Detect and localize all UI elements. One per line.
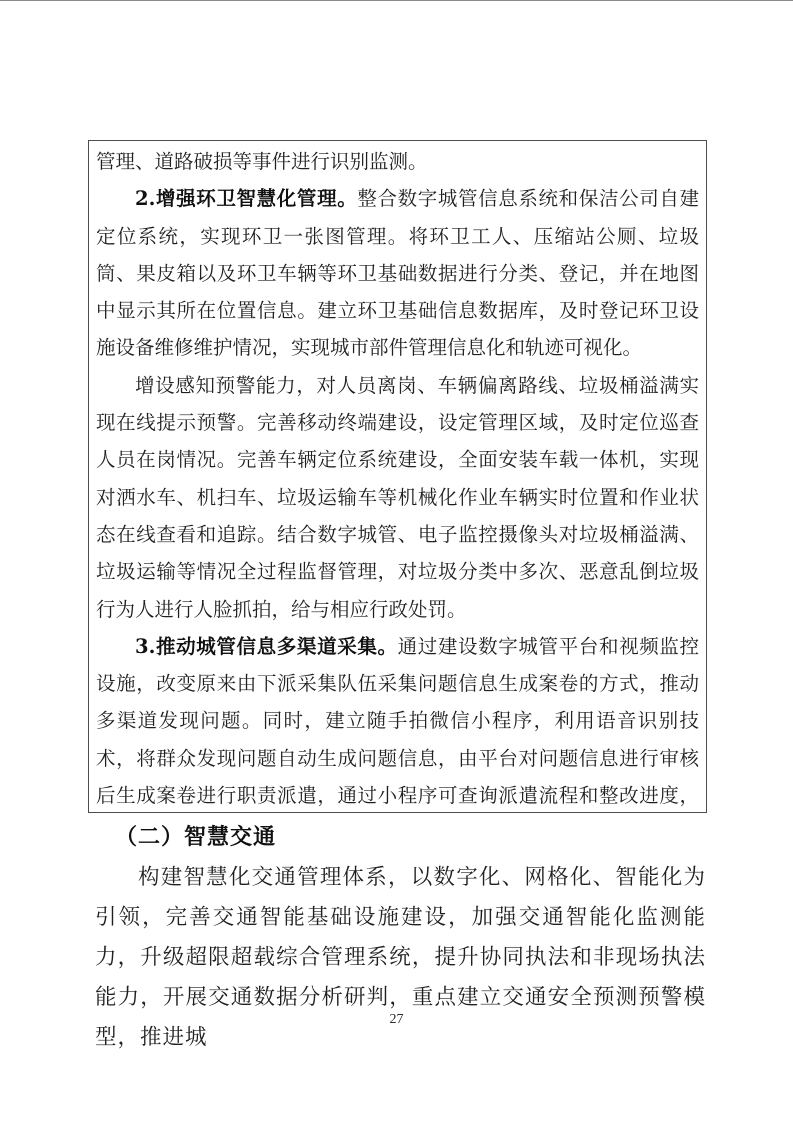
paragraph-text: 整合数字城管信息系统和保洁公司自建定位系统，实现环卫一张图管理。将环卫工人、压缩… — [96, 187, 699, 359]
paragraph-multichannel-collection: 3.推动城管信息多渠道采集。通过建设数字城管平台和视频监控设施，改变原来由下派采… — [96, 628, 699, 813]
paragraph-bold-lead: 2.增强环卫智慧化管理。 — [135, 187, 357, 210]
page-number: 27 — [0, 1012, 793, 1028]
paragraph-warning-capability: 增设感知预警能力，对人员离岗、车辆偏离路线、垃圾桶溢满实现在线提示预警。完善移动… — [96, 367, 699, 628]
section-heading-smart-transport: （二）智慧交通 — [115, 820, 276, 851]
paragraph-continuation: 管理、道路破损等事件进行识别监测。 — [96, 143, 699, 180]
document-page: 管理、道路破损等事件进行识别监测。 2.增强环卫智慧化管理。整合数字城管信息系统… — [0, 0, 793, 1122]
page-top-edge-line — [0, 0, 793, 1]
paragraph-bold-lead: 3.推动城管信息多渠道采集。 — [135, 635, 398, 658]
paragraph-text: 通过建设数字城管平台和视频监控设施，改变原来由下派采集队伍采集问题信息生成案卷的… — [96, 635, 699, 813]
section-paragraph-smart-transport: 构建智慧化交通管理体系，以数字化、网格化、智能化为引领，完善交通智能基础设施建设… — [95, 858, 706, 1058]
paragraph-text: 增设感知预警能力，对人员离岗、车辆偏离路线、垃圾桶溢满实现在线提示预警。完善移动… — [96, 374, 699, 621]
paragraph-sanitation-management: 2.增强环卫智慧化管理。整合数字城管信息系统和保洁公司自建定位系统，实现环卫一张… — [96, 180, 699, 366]
paragraph-text: 管理、道路破损等事件进行识别监测。 — [96, 150, 428, 173]
content-border-box: 管理、道路破损等事件进行识别监测。 2.增强环卫智慧化管理。整合数字城管信息系统… — [88, 140, 707, 813]
